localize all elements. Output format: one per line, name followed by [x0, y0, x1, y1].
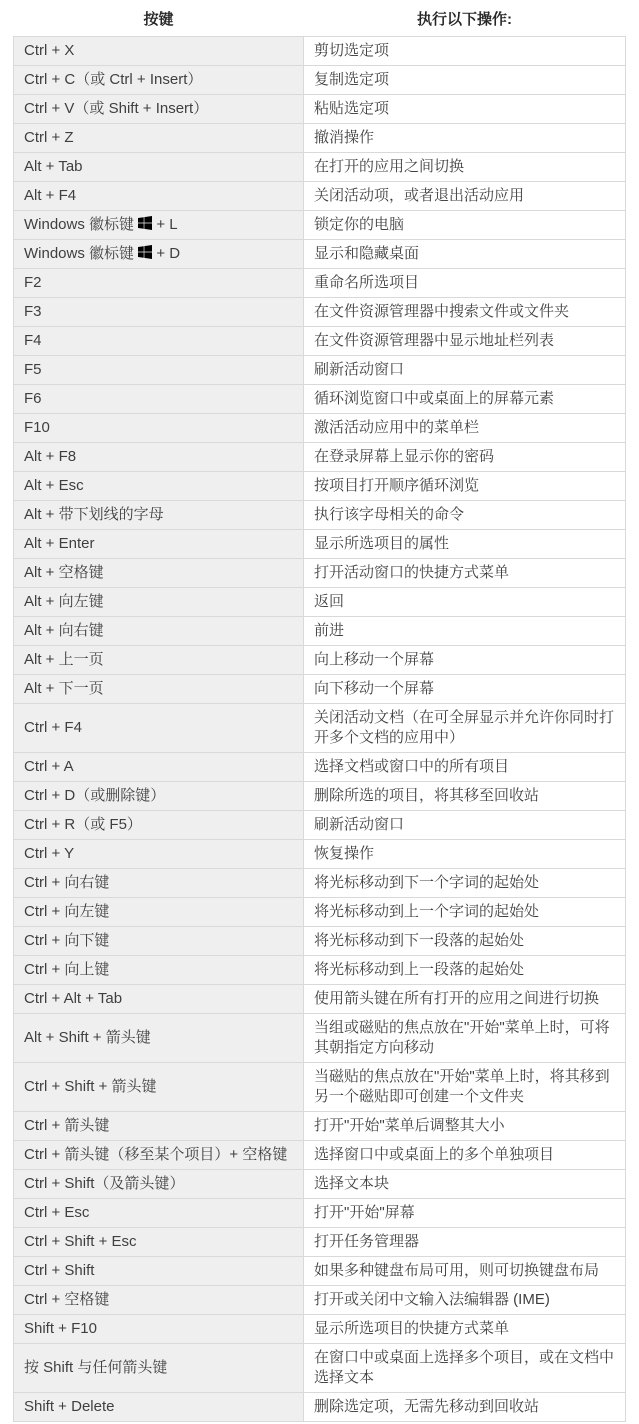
table-row: Windows 徽标键 + D显示和隐藏桌面 [14, 240, 626, 269]
shortcut-reference-page: 按键 执行以下操作: Ctrl + X剪切选定项Ctrl + C（或 Ctrl … [0, 0, 639, 1424]
table-row: Alt + F4关闭活动项，或者退出活动应用 [14, 182, 626, 211]
key-cell: F5 [14, 356, 304, 385]
action-cell: 如果多种键盘布局可用，则可切换键盘布局 [304, 1257, 626, 1286]
key-cell: Alt + F8 [14, 443, 304, 472]
key-cell: Ctrl + V（或 Shift + Insert） [14, 95, 304, 124]
key-cell: Ctrl + Y [14, 840, 304, 869]
key-cell: Ctrl + X [14, 37, 304, 66]
table-row: Ctrl + X剪切选定项 [14, 37, 626, 66]
header-row: 按键 执行以下操作: [14, 6, 626, 37]
action-cell: 返回 [304, 588, 626, 617]
table-row: Ctrl + Esc打开"开始"屏幕 [14, 1199, 626, 1228]
key-cell: Shift + F10 [14, 1315, 304, 1344]
table-row: Ctrl + 空格键打开或关闭中文输入法编辑器 (IME) [14, 1286, 626, 1315]
table-row: Ctrl + Shift + Esc打开任务管理器 [14, 1228, 626, 1257]
action-cell: 选择文本块 [304, 1170, 626, 1199]
action-cell: 打开"开始"屏幕 [304, 1199, 626, 1228]
key-cell: Ctrl + Shift + Esc [14, 1228, 304, 1257]
shortcut-table-body: Ctrl + X剪切选定项Ctrl + C（或 Ctrl + Insert）复制… [14, 37, 626, 1422]
action-cell: 将光标移动到下一个字词的起始处 [304, 869, 626, 898]
table-row: Ctrl + 箭头键打开"开始"菜单后调整其大小 [14, 1112, 626, 1141]
table-row: F4在文件资源管理器中显示地址栏列表 [14, 327, 626, 356]
table-row: 按 Shift 与任何箭头键在窗口中或桌面上选择多个项目，或在文档中选择文本 [14, 1344, 626, 1393]
table-row: Ctrl + Z撤消操作 [14, 124, 626, 153]
action-cell: 向上移动一个屏幕 [304, 646, 626, 675]
action-cell: 在文件资源管理器中显示地址栏列表 [304, 327, 626, 356]
action-cell: 关闭活动项，或者退出活动应用 [304, 182, 626, 211]
key-cell: Alt + 上一页 [14, 646, 304, 675]
key-cell: Shift + Delete [14, 1393, 304, 1422]
action-cell: 在文件资源管理器中搜索文件或文件夹 [304, 298, 626, 327]
action-cell: 激活活动应用中的菜单栏 [304, 414, 626, 443]
key-cell: F10 [14, 414, 304, 443]
key-cell: Ctrl + F4 [14, 704, 304, 753]
action-cell: 刷新活动窗口 [304, 356, 626, 385]
action-cell: 执行该字母相关的命令 [304, 501, 626, 530]
key-cell: Alt + Tab [14, 153, 304, 182]
action-cell: 在登录屏幕上显示你的密码 [304, 443, 626, 472]
key-cell: F3 [14, 298, 304, 327]
table-row: Windows 徽标键 + L锁定你的电脑 [14, 211, 626, 240]
key-cell: Alt + 下一页 [14, 675, 304, 704]
header-action: 执行以下操作: [304, 6, 626, 37]
table-row: Alt + 空格键打开活动窗口的快捷方式菜单 [14, 559, 626, 588]
action-cell: 在窗口中或桌面上选择多个项目，或在文档中选择文本 [304, 1344, 626, 1393]
key-cell: Alt + Enter [14, 530, 304, 559]
table-row: Alt + Shift + 箭头键当组或磁贴的焦点放在"开始"菜单上时，可将其朝… [14, 1014, 626, 1063]
key-cell: Alt + Shift + 箭头键 [14, 1014, 304, 1063]
key-cell: Alt + 向右键 [14, 617, 304, 646]
key-cell: Ctrl + 向下键 [14, 927, 304, 956]
table-row: Ctrl + Shift + 箭头键当磁贴的焦点放在"开始"菜单上时，将其移到另… [14, 1063, 626, 1112]
table-row: Alt + 下一页向下移动一个屏幕 [14, 675, 626, 704]
key-cell: 按 Shift 与任何箭头键 [14, 1344, 304, 1393]
table-row: Ctrl + 向右键将光标移动到下一个字词的起始处 [14, 869, 626, 898]
action-cell: 打开活动窗口的快捷方式菜单 [304, 559, 626, 588]
key-cell: Windows 徽标键 + D [14, 240, 304, 269]
action-cell: 显示所选项目的属性 [304, 530, 626, 559]
key-cell: Alt + 带下划线的字母 [14, 501, 304, 530]
action-cell: 在打开的应用之间切换 [304, 153, 626, 182]
table-row: F6循环浏览窗口中或桌面上的屏幕元素 [14, 385, 626, 414]
table-row: F2重命名所选项目 [14, 269, 626, 298]
action-cell: 重命名所选项目 [304, 269, 626, 298]
key-cell: Ctrl + Esc [14, 1199, 304, 1228]
action-cell: 当磁贴的焦点放在"开始"菜单上时，将其移到另一个磁贴即可创建一个文件夹 [304, 1063, 626, 1112]
action-cell: 复制选定项 [304, 66, 626, 95]
table-row: Alt + 带下划线的字母执行该字母相关的命令 [14, 501, 626, 530]
key-cell: Ctrl + Shift（及箭头键） [14, 1170, 304, 1199]
key-cell: Windows 徽标键 + L [14, 211, 304, 240]
action-cell: 向下移动一个屏幕 [304, 675, 626, 704]
table-row: Alt + F8在登录屏幕上显示你的密码 [14, 443, 626, 472]
table-row: F3在文件资源管理器中搜索文件或文件夹 [14, 298, 626, 327]
action-cell: 显示和隐藏桌面 [304, 240, 626, 269]
table-row: Alt + 上一页向上移动一个屏幕 [14, 646, 626, 675]
key-cell: Ctrl + R（或 F5） [14, 811, 304, 840]
action-cell: 当组或磁贴的焦点放在"开始"菜单上时，可将其朝指定方向移动 [304, 1014, 626, 1063]
key-cell: Alt + Esc [14, 472, 304, 501]
action-cell: 刷新活动窗口 [304, 811, 626, 840]
table-row: Alt + Tab在打开的应用之间切换 [14, 153, 626, 182]
table-row: Ctrl + Shift如果多种键盘布局可用，则可切换键盘布局 [14, 1257, 626, 1286]
table-row: Ctrl + Alt + Tab使用箭头键在所有打开的应用之间进行切换 [14, 985, 626, 1014]
table-row: Ctrl + 向上键将光标移动到上一段落的起始处 [14, 956, 626, 985]
action-cell: 打开任务管理器 [304, 1228, 626, 1257]
table-row: Ctrl + 箭头键（移至某个项目）+ 空格键选择窗口中或桌面上的多个单独项目 [14, 1141, 626, 1170]
action-cell: 将光标移动到上一段落的起始处 [304, 956, 626, 985]
action-cell: 显示所选项目的快捷方式菜单 [304, 1315, 626, 1344]
key-cell: F2 [14, 269, 304, 298]
windows-logo-icon [138, 216, 152, 230]
action-cell: 锁定你的电脑 [304, 211, 626, 240]
key-cell: Alt + 向左键 [14, 588, 304, 617]
table-row: Alt + Enter显示所选项目的属性 [14, 530, 626, 559]
table-row: F10激活活动应用中的菜单栏 [14, 414, 626, 443]
action-cell: 剪切选定项 [304, 37, 626, 66]
action-cell: 打开"开始"菜单后调整其大小 [304, 1112, 626, 1141]
table-row: Ctrl + Shift（及箭头键）选择文本块 [14, 1170, 626, 1199]
key-cell: F4 [14, 327, 304, 356]
action-cell: 粘贴选定项 [304, 95, 626, 124]
key-cell: Ctrl + 向右键 [14, 869, 304, 898]
key-cell: Ctrl + 向上键 [14, 956, 304, 985]
action-cell: 删除所选的项目，将其移至回收站 [304, 782, 626, 811]
table-row: Ctrl + D（或删除键）删除所选的项目，将其移至回收站 [14, 782, 626, 811]
table-row: Ctrl + R（或 F5）刷新活动窗口 [14, 811, 626, 840]
key-cell: Ctrl + D（或删除键） [14, 782, 304, 811]
header-keys: 按键 [14, 6, 304, 37]
action-cell: 将光标移动到下一段落的起始处 [304, 927, 626, 956]
action-cell: 选择窗口中或桌面上的多个单独项目 [304, 1141, 626, 1170]
key-cell: Ctrl + Z [14, 124, 304, 153]
action-cell: 删除选定项，无需先移动到回收站 [304, 1393, 626, 1422]
table-row: Shift + F10显示所选项目的快捷方式菜单 [14, 1315, 626, 1344]
table-row: Ctrl + Y恢复操作 [14, 840, 626, 869]
table-row: F5刷新活动窗口 [14, 356, 626, 385]
table-row: Ctrl + A选择文档或窗口中的所有项目 [14, 753, 626, 782]
action-cell: 恢复操作 [304, 840, 626, 869]
windows-logo-icon [138, 245, 152, 259]
key-cell: Ctrl + 箭头键（移至某个项目）+ 空格键 [14, 1141, 304, 1170]
key-cell: Alt + F4 [14, 182, 304, 211]
key-cell: Alt + 空格键 [14, 559, 304, 588]
key-cell: Ctrl + 空格键 [14, 1286, 304, 1315]
table-row: Ctrl + F4关闭活动文档（在可全屏显示并允许你同时打开多个文档的应用中） [14, 704, 626, 753]
table-row: Ctrl + V（或 Shift + Insert）粘贴选定项 [14, 95, 626, 124]
key-cell: F6 [14, 385, 304, 414]
table-row: Alt + Esc按项目打开顺序循环浏览 [14, 472, 626, 501]
key-cell: Ctrl + 箭头键 [14, 1112, 304, 1141]
key-cell: Ctrl + A [14, 753, 304, 782]
key-cell: Ctrl + Alt + Tab [14, 985, 304, 1014]
shortcut-table: 按键 执行以下操作: Ctrl + X剪切选定项Ctrl + C（或 Ctrl … [13, 6, 626, 1422]
table-row: Ctrl + 向下键将光标移动到下一段落的起始处 [14, 927, 626, 956]
action-cell: 前进 [304, 617, 626, 646]
action-cell: 循环浏览窗口中或桌面上的屏幕元素 [304, 385, 626, 414]
action-cell: 撤消操作 [304, 124, 626, 153]
table-row: Ctrl + C（或 Ctrl + Insert）复制选定项 [14, 66, 626, 95]
key-cell: Ctrl + Shift + 箭头键 [14, 1063, 304, 1112]
table-row: Ctrl + 向左键将光标移动到上一个字词的起始处 [14, 898, 626, 927]
table-row: Alt + 向右键前进 [14, 617, 626, 646]
action-cell: 关闭活动文档（在可全屏显示并允许你同时打开多个文档的应用中） [304, 704, 626, 753]
action-cell: 选择文档或窗口中的所有项目 [304, 753, 626, 782]
action-cell: 使用箭头键在所有打开的应用之间进行切换 [304, 985, 626, 1014]
table-row: Alt + 向左键返回 [14, 588, 626, 617]
table-row: Shift + Delete删除选定项，无需先移动到回收站 [14, 1393, 626, 1422]
action-cell: 打开或关闭中文输入法编辑器 (IME) [304, 1286, 626, 1315]
key-cell: Ctrl + 向左键 [14, 898, 304, 927]
action-cell: 按项目打开顺序循环浏览 [304, 472, 626, 501]
key-cell: Ctrl + Shift [14, 1257, 304, 1286]
key-cell: Ctrl + C（或 Ctrl + Insert） [14, 66, 304, 95]
action-cell: 将光标移动到上一个字词的起始处 [304, 898, 626, 927]
